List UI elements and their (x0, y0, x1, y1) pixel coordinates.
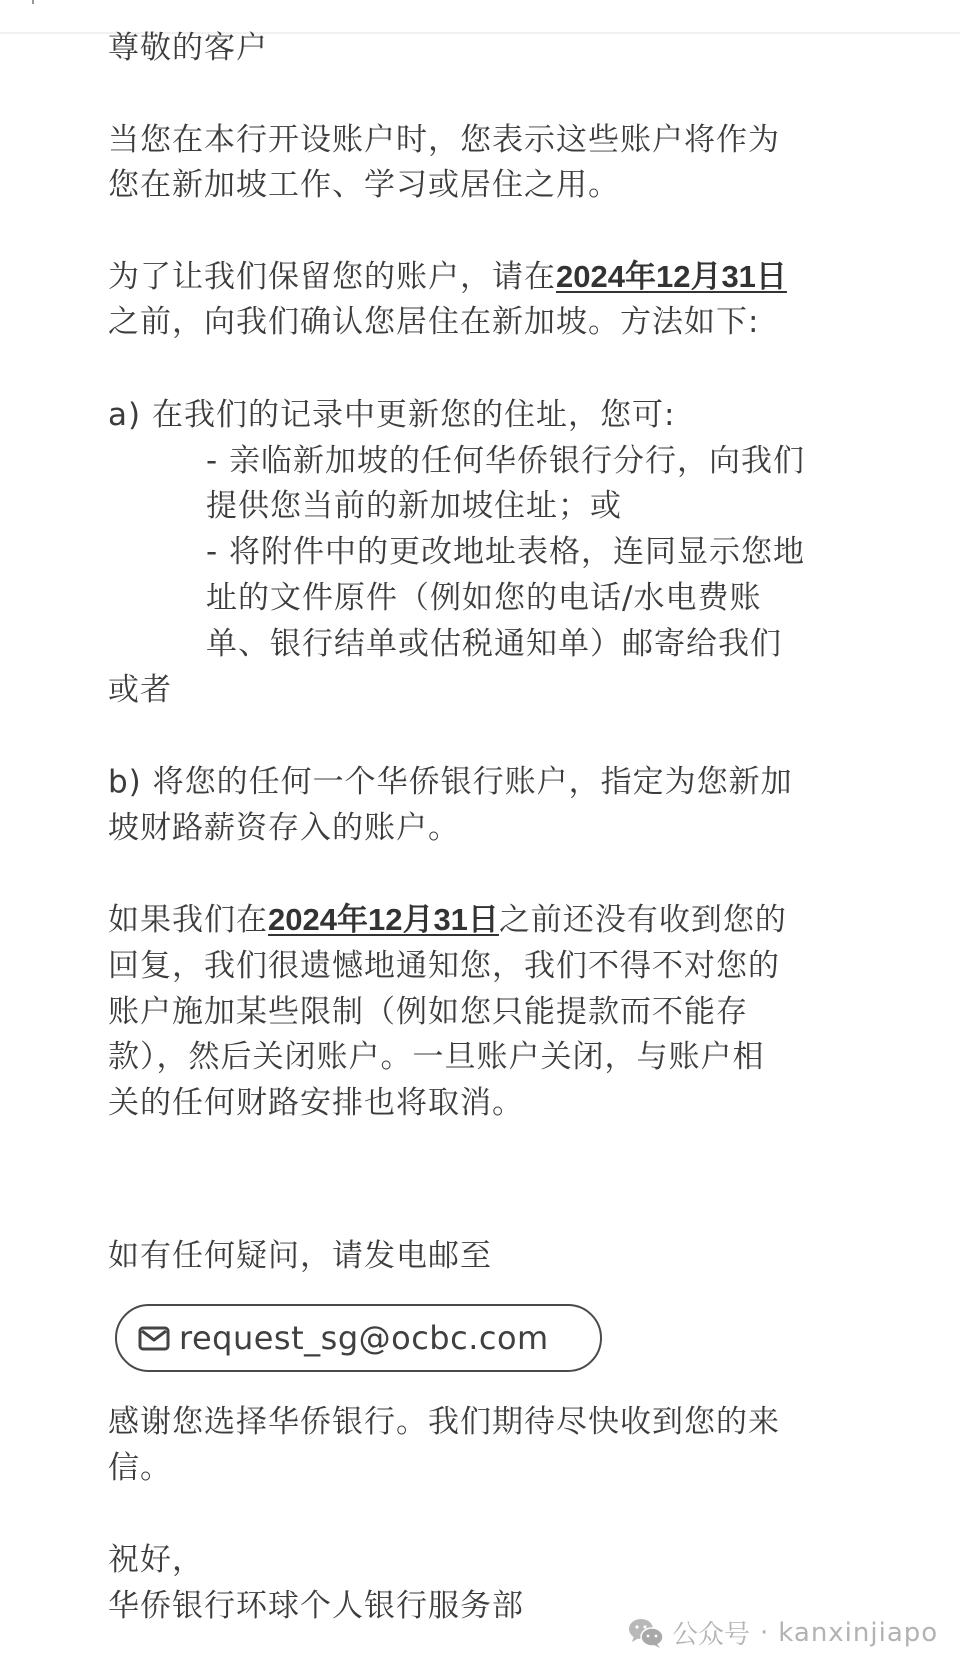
para3-prefix: 如果我们在 (108, 902, 268, 938)
signature: 华侨银行环球个人银行服务部 (108, 1586, 524, 1626)
email-address: request_sg@ocbc.com (179, 1319, 549, 1357)
para2-line1: 为了让我们保留您的账户，请在2024年12月31日 (108, 257, 787, 297)
watermark-handle: kanxinjiapo (778, 1618, 938, 1648)
deadline-date: 2024年12月31日 (268, 902, 499, 937)
para3-suffix: 之前还没有收到您的 (499, 902, 787, 938)
option-b-line1: b) 将您的任何一个华侨银行账户，指定为您新加 (108, 762, 793, 802)
watermark-separator: · (760, 1618, 768, 1648)
option-a-bullet1-line1: - 亲临新加坡的任何华侨银行分行，向我们 (206, 441, 805, 481)
para3-line3: 账户施加某些限制（例如您只能提款而不能存 (108, 992, 748, 1032)
thanks-line1: 感谢您选择华侨银行。我们期待尽快收到您的来 (108, 1402, 780, 1442)
option-a-bullet2-line2: 址的文件原件（例如您的电话/水电费账 (206, 578, 761, 618)
option-a-bullet2-line3: 单、银行结单或估税通知单）邮寄给我们 (206, 624, 782, 664)
thanks-line2: 信。 (108, 1448, 172, 1488)
email-link-button[interactable]: request_sg@ocbc.com (115, 1304, 602, 1372)
mail-icon (137, 1321, 171, 1355)
option-a-bullet1-line2: 提供您当前的新加坡住址；或 (206, 486, 622, 526)
para3-line5: 关的任何财路安排也将取消。 (108, 1083, 524, 1123)
para2-prefix: 为了让我们保留您的账户，请在 (108, 259, 556, 295)
para1-line2: 您在新加坡工作、学习或居住之用。 (108, 165, 620, 205)
letter-document: 尊敬的客户 当您在本行开设账户时，您表示这些账户将作为 您在新加坡工作、学习或居… (0, 0, 960, 1672)
wechat-icon (628, 1617, 664, 1649)
or-text: 或者 (108, 670, 172, 710)
contact-intro: 如有任何疑问，请发电邮至 (108, 1236, 492, 1276)
option-a-heading: a) 在我们的记录中更新您的住址，您可: (108, 395, 675, 435)
para3-line2: 回复，我们很遗憾地通知您，我们不得不对您的 (108, 946, 780, 986)
deadline-date: 2024年12月31日 (556, 259, 787, 294)
greeting: 尊敬的客户 (108, 28, 268, 68)
option-b-line2: 坡财路薪资存入的账户。 (108, 808, 460, 848)
para1-line1: 当您在本行开设账户时，您表示这些账户将作为 (108, 120, 780, 160)
option-a-bullet2-line1: - 将附件中的更改地址表格，连同显示您地 (206, 532, 805, 572)
wechat-watermark: 公众号 · kanxinjiapo (628, 1614, 938, 1651)
para2-line2: 之前，向我们确认您居住在新加坡。方法如下: (108, 302, 759, 342)
closing: 祝好， (108, 1540, 204, 1580)
para3-line1: 如果我们在2024年12月31日之前还没有收到您的 (108, 900, 787, 940)
para3-line4: 款），然后关闭账户。一旦账户关闭，与账户相 (108, 1037, 765, 1077)
watermark-label: 公众号 (672, 1614, 750, 1651)
